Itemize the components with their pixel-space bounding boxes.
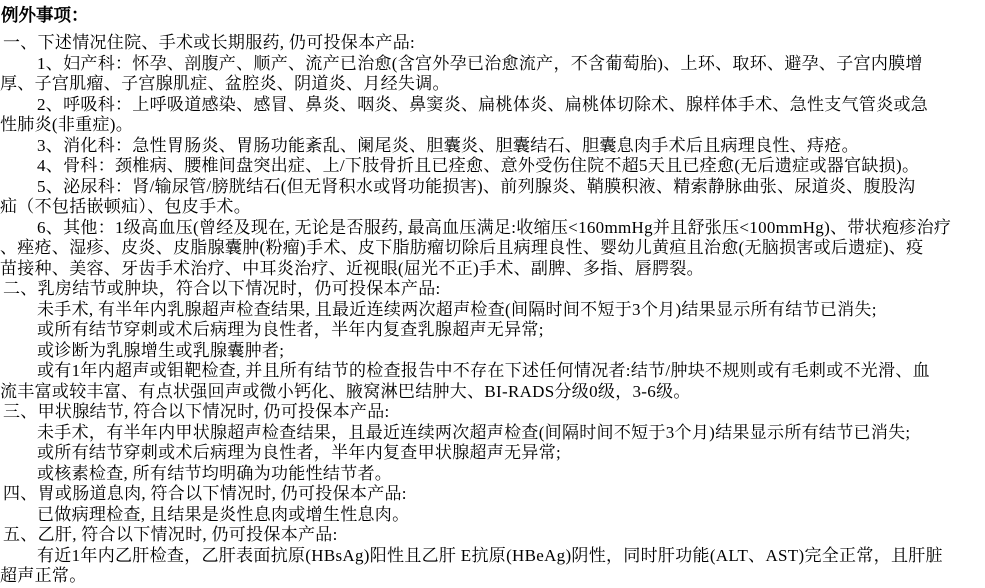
text-line: 流丰富或较丰富、有点状强回声或微小钙化、腋窝淋巴结肿大、BI-RADS分级0级，…	[0, 382, 985, 403]
text-line: 或所有结节穿刺或术后病理为良性者，半年内复查甲状腺超声无异常;	[0, 443, 985, 464]
text-line: 5、泌尿科：肾/输尿管/膀胱结石(但无肾积水或肾功能损害)、前列腺炎、鞘膜积液、…	[0, 177, 985, 198]
text-line: 或诊断为乳腺增生或乳腺囊肿者;	[0, 341, 985, 362]
text-line: 二、乳房结节或肿块，符合以下情况时，仍可投保本产品:	[0, 279, 985, 300]
text-line: 已做病理检查, 且结果是炎性息肉或增生性息肉。	[0, 505, 985, 526]
text-line: 4、骨科：颈椎病、腰椎间盘突出症、上/下肢骨折且已痊愈、意外受伤住院不超5天且已…	[0, 156, 985, 177]
text-line: 三、甲状腺结节, 符合以下情况时, 仍可投保本产品:	[0, 402, 985, 423]
text-line: 苗接种、美容、牙齿手术治疗、中耳炎治疗、近视眼(屈光不正)手术、副脾、多指、唇腭…	[0, 259, 985, 280]
document-page: 例外事项： 一、下述情况住院、手术或长期服药, 仍可投保本产品: 1、妇产科：怀…	[0, 0, 985, 587]
text-line: 有近1年内乙肝检查，乙肝表面抗原(HBsAg)阳性且乙肝 E抗原(HBeAg)阴…	[0, 546, 985, 567]
text-line: 或所有结节穿刺或术后病理为良性者，半年内复查乳腺超声无异常;	[0, 320, 985, 341]
page-title: 例外事项：	[0, 5, 985, 26]
text-line: 厚、子宫肌瘤、子宫腺肌症、盆腔炎、阴道炎、月经失调。	[0, 74, 985, 95]
text-line: 1、妇产科：怀孕、剖腹产、顺产、流产已治愈(含宫外孕已治愈流产，不含葡萄胎)、上…	[0, 54, 985, 75]
text-line: 性肺炎(非重症)。	[0, 115, 985, 136]
text-line: 2、呼吸科：上呼吸道感染、感冒、鼻炎、咽炎、鼻窦炎、扁桃体炎、扁桃体切除术、腺样…	[0, 95, 985, 116]
text-line: 未手术，有半年内甲状腺超声检查结果，且最近连续两次超声检查(间隔时间不短于3个月…	[0, 423, 985, 444]
text-line: 一、下述情况住院、手术或长期服药, 仍可投保本产品:	[0, 33, 985, 54]
text-line: 未手术, 有半年内乳腺超声检查结果, 且最近连续两次超声检查(间隔时间不短于3个…	[0, 300, 985, 321]
text-line: 超声正常。	[0, 566, 985, 587]
text-line: 3、消化科：急性胃肠炎、胃肠功能紊乱、阑尾炎、胆囊炎、胆囊结石、胆囊息肉手术后且…	[0, 136, 985, 157]
text-line: 或核素检查, 所有结节均明确为功能性结节者。	[0, 464, 985, 485]
text-line: 疝（不包括嵌顿疝）、包皮手术。	[0, 197, 985, 218]
text-line: 四、胃或肠道息肉, 符合以下情况时, 仍可投保本产品:	[0, 484, 985, 505]
text-line: 、痤疮、湿疹、皮炎、皮脂腺囊肿(粉瘤)手术、皮下脂肪瘤切除后且病理良性、婴幼儿黄…	[0, 238, 985, 259]
text-line: 或有1年内超声或钼靶检查, 并且所有结节的检查报告中不存在下述任何情况者:结节/…	[0, 361, 985, 382]
text-line: 五、乙肝, 符合以下情况时, 仍可投保本产品:	[0, 525, 985, 546]
text-line: 6、其他：1级高血压(曾经及现在, 无论是否服药, 最高血压满足:收缩压<160…	[0, 218, 985, 239]
